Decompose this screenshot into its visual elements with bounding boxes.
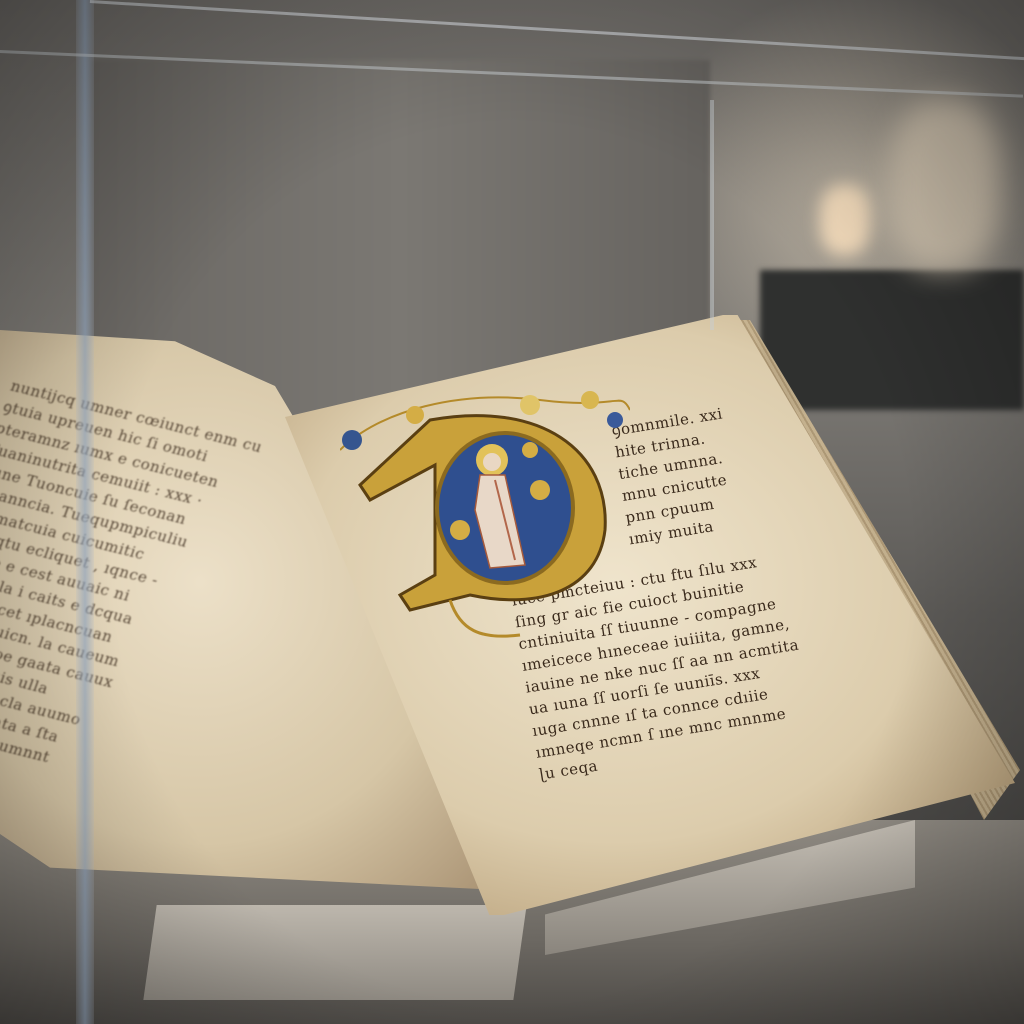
gold-leaf-icon: [406, 406, 424, 424]
display-case-glass-edge: [76, 0, 94, 1024]
display-case-glass-edge: [710, 100, 714, 330]
vine-border-icon: [450, 600, 520, 636]
museum-display-scene: nuntijcq umner cœiunct enm cu ꝯtuia upre…: [0, 0, 1024, 1024]
gold-leaf-icon: [520, 395, 540, 415]
background-plinth: [760, 270, 1024, 410]
gold-leaf-icon: [581, 391, 599, 409]
saint-head-icon: [483, 453, 501, 471]
blue-flower-icon: [607, 412, 623, 428]
book-cradle-left: [143, 905, 526, 1000]
background-sculpture-blur: [890, 100, 1000, 270]
gold-foliage-icon: [450, 520, 470, 540]
gold-foliage-icon: [530, 480, 550, 500]
blue-flower-icon: [342, 430, 362, 450]
gold-foliage-icon: [522, 442, 538, 458]
illuminated-initial-d: [340, 390, 630, 640]
background-light-glow: [820, 185, 870, 255]
